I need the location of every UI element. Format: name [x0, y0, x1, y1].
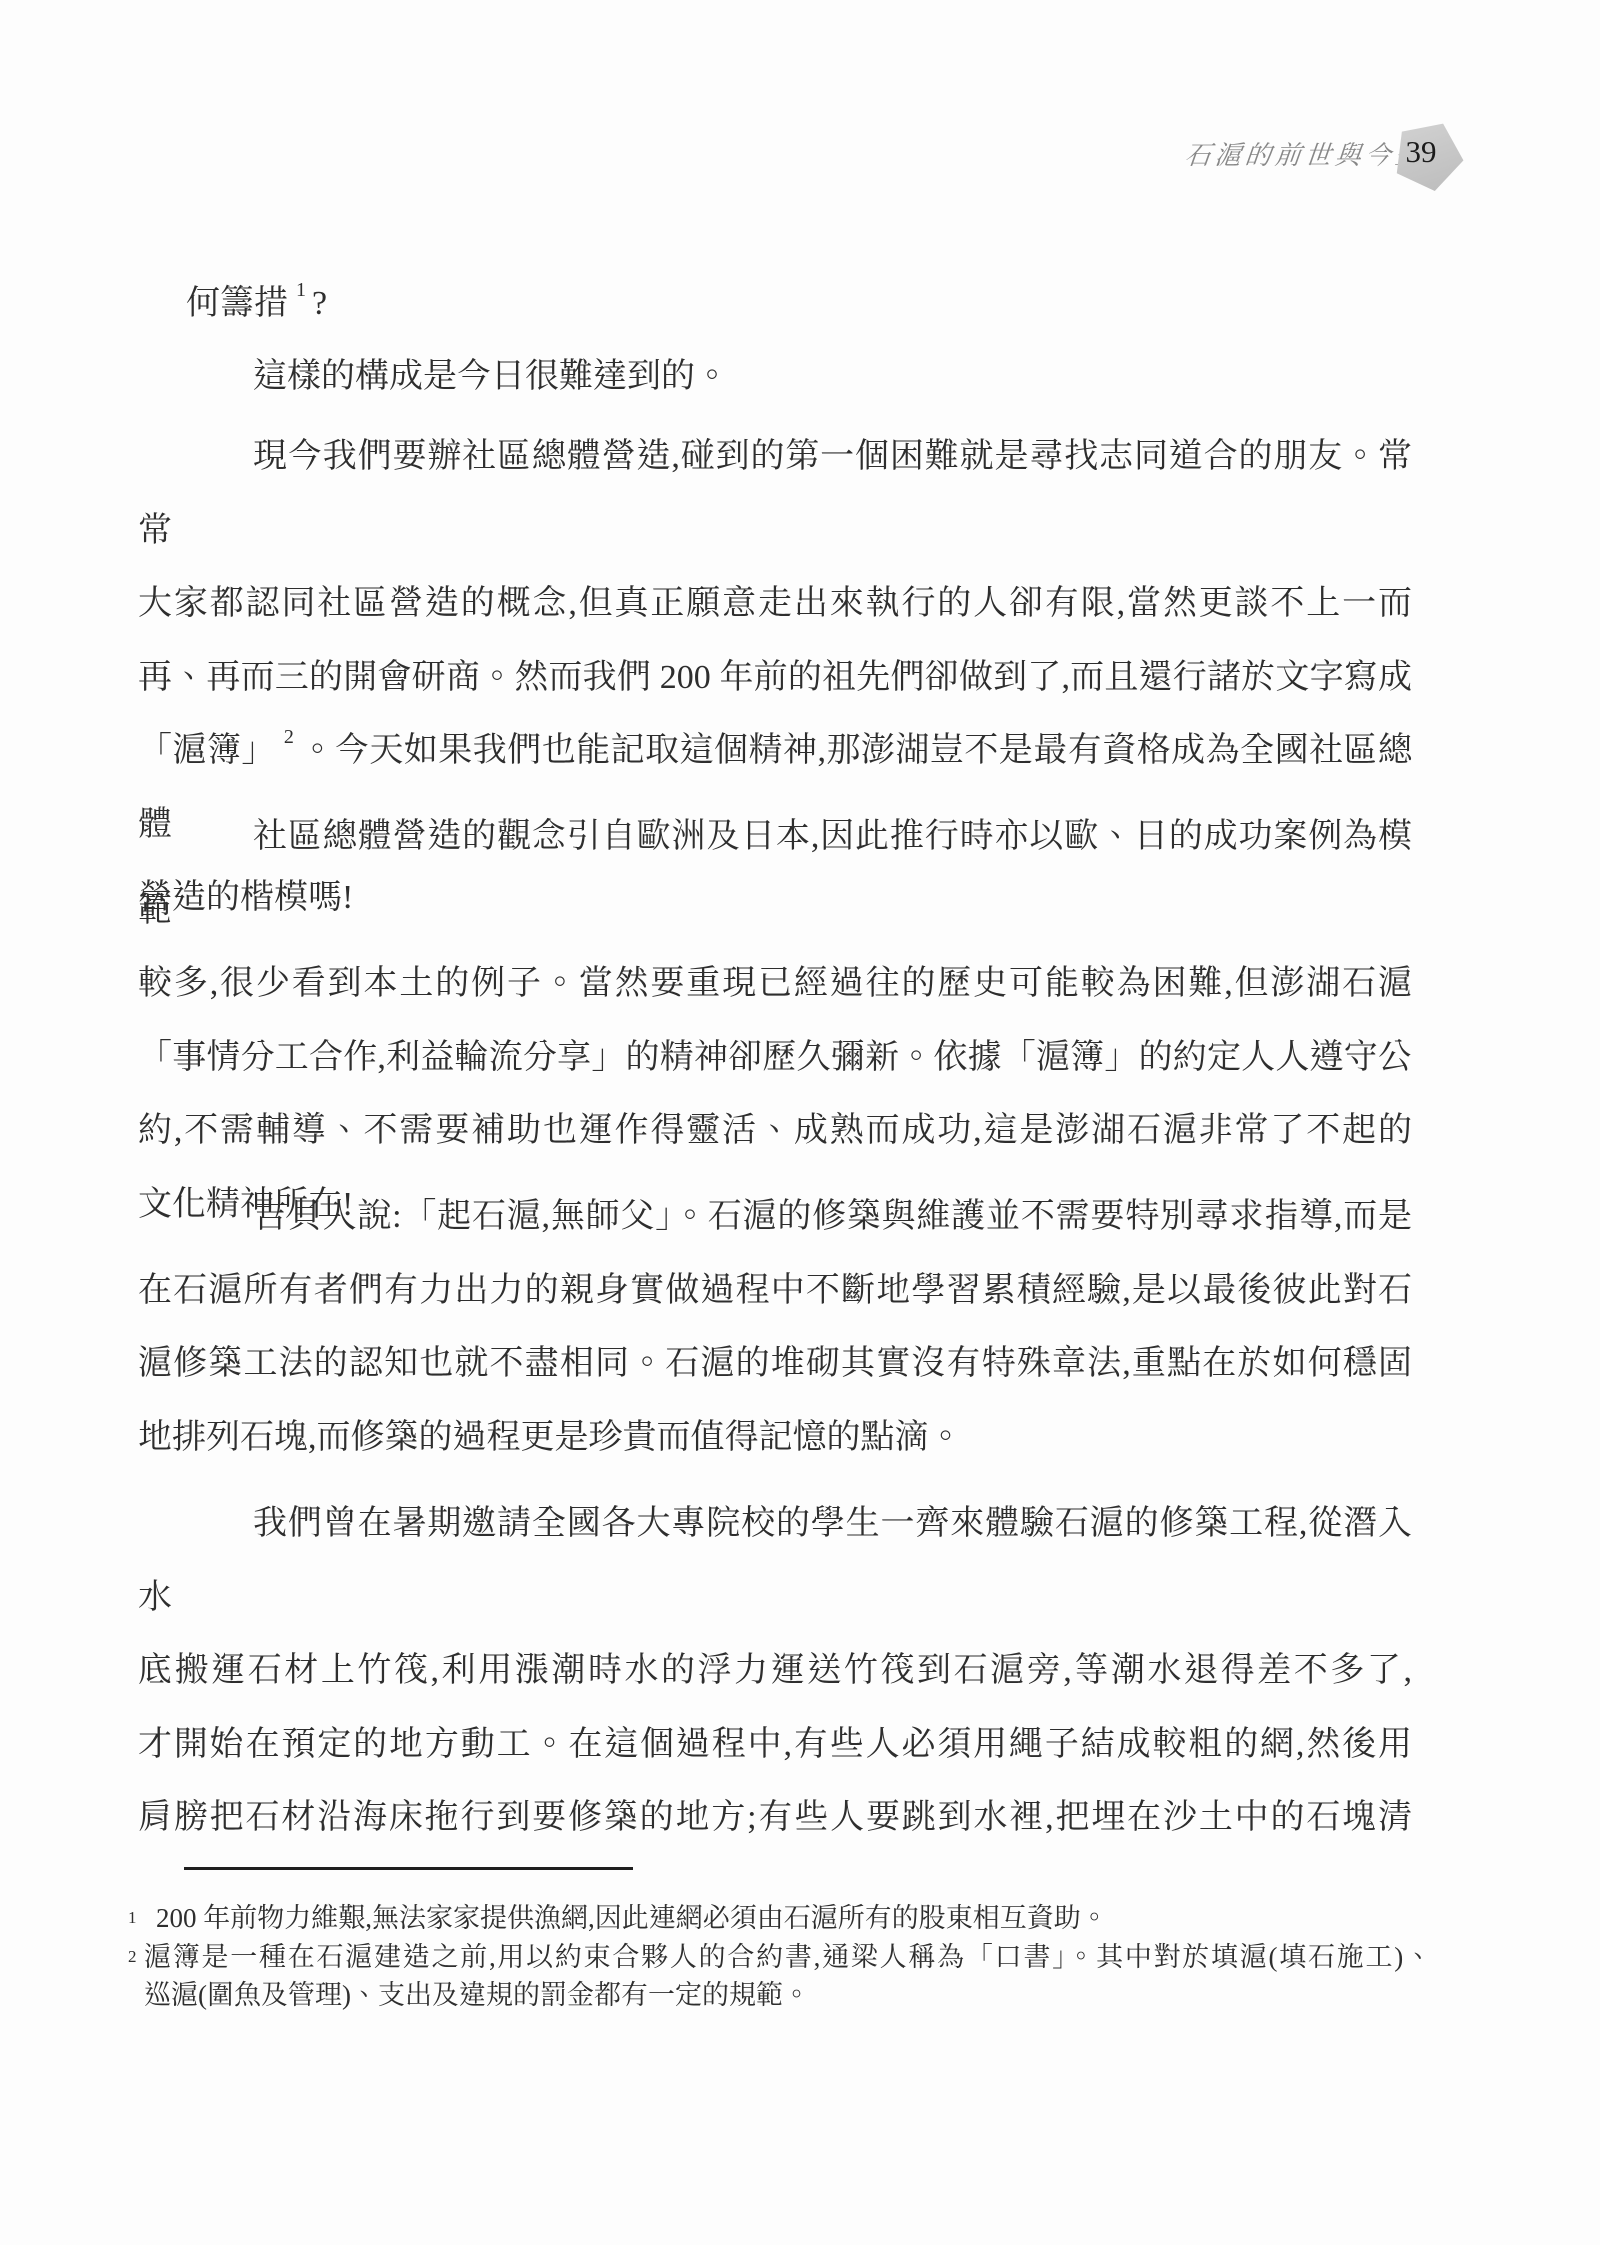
text-line: 這樣的構成是今日很難達到的。: [138, 340, 1412, 414]
text-line: 肩膀把石材沿海床拖行到要修築的地方;有些人要跳到水裡,把埋在沙土中的石塊清: [138, 1781, 1412, 1855]
footnote-body: 200 年前物力維艱,無法家家提供漁網,因此連網必須由石滬所有的股東相互資助。: [156, 1899, 1432, 1938]
text-line: 再、再而三的開會研商。然而我們 200 年前的祖先們卻做到了,而且還行諸於文字寫…: [138, 641, 1412, 715]
footnote-ref-2: 2: [276, 726, 300, 748]
line-text: 何籌措: [186, 285, 288, 322]
paragraph: 這樣的構成是今日很難達到的。: [138, 340, 1412, 414]
line-text: 「滬簿」: [138, 732, 276, 769]
footnotes: 1 200 年前物力維艱,無法家家提供漁網,因此連網必須由石滬所有的股東相互資助…: [128, 1899, 1432, 2015]
footnote-1: 1 200 年前物力維艱,無法家家提供漁網,因此連網必須由石滬所有的股東相互資助…: [128, 1899, 1432, 1938]
text-line: 底搬運石材上竹筏,利用漲潮時水的浮力運送竹筏到石滬旁,等潮水退得差不多了,: [138, 1634, 1412, 1708]
text-line: 現今我們要辦社區總體營造,碰到的第一個困難就是尋找志同道合的朋友。常常: [138, 420, 1412, 567]
text-line: 地排列石塊,而修築的過程更是珍貴而值得記憶的點滴。: [138, 1401, 1412, 1475]
paragraph: 我們曾在暑期邀請全國各大專院校的學生一齊來體驗石滬的修築工程,從潛入水 底搬運石…: [138, 1487, 1412, 1855]
footnote-2: 2 滬簿是一種在石滬建造之前,用以約束合夥人的合約書,通梁人稱為「口書」。其中對…: [128, 1938, 1432, 2015]
footnote-text-line: 200 年前物力維艱,無法家家提供漁網,因此連網必須由石滬所有的股東相互資助。: [156, 1899, 1432, 1938]
text-line: 才開始在預定的地方動工。在這個過程中,有些人必須用繩子結成較粗的網,然後用: [138, 1708, 1412, 1782]
page-number-badge: 39: [1390, 118, 1466, 194]
text-line: 滬修築工法的認知也就不盡相同。石滬的堆砌其實沒有特殊章法,重點在於如何穩固: [138, 1327, 1412, 1401]
text-line: 我們曾在暑期邀請全國各大專院校的學生一齊來體驗石滬的修築工程,從潛入水: [138, 1487, 1412, 1634]
text-line: 「事情分工合作,利益輪流分享」的精神卻歷久彌新。依據「滬簿」的約定人人遵守公: [138, 1021, 1412, 1095]
footnote-marker-2: 2: [128, 1938, 144, 1977]
page-number: 39: [1383, 114, 1459, 190]
paragraph: 何籌措1?: [138, 267, 1412, 341]
text-line: 社區總體營造的觀念引自歐洲及日本,因此推行時亦以歐、日的成功案例為模範: [138, 800, 1412, 947]
footnote-text-line: 滬簿是一種在石滬建造之前,用以約束合夥人的合約書,通梁人稱為「口書」。其中對於填…: [144, 1938, 1432, 1977]
paragraph: 社區總體營造的觀念引自歐洲及日本,因此推行時亦以歐、日的成功案例為模範 較多,很…: [138, 800, 1412, 1241]
text-line: 較多,很少看到本土的例子。當然要重現已經過往的歷史可能較為困難,但澎湖石滬: [138, 947, 1412, 1021]
footnote-text-line: 巡滬(圍魚及管理)、支出及違規的罰金都有一定的規範。: [144, 1976, 1432, 2015]
text-line: 約,不需輔導、不需要補助也運作得靈活、成熟而成功,這是澎湖石滬非常了不起的: [138, 1094, 1412, 1168]
footnote-body: 滬簿是一種在石滬建造之前,用以約束合夥人的合約書,通梁人稱為「口書」。其中對於填…: [144, 1938, 1432, 2015]
text-line: 吉貝人說:「起石滬,無師父」。石滬的修築與維護並不需要特別尋求指導,而是: [138, 1180, 1412, 1254]
text-line: 何籌措1?: [138, 267, 1412, 341]
book-page: 石滬的前世與今生 39 何籌措1? 這樣的構成是今日很難達到的。 現今我們要辦社…: [0, 0, 1600, 2245]
text-line: 大家都認同社區營造的概念,但真正願意走出來執行的人卻有限,當然更談不上一而: [138, 567, 1412, 641]
line-text: ?: [312, 285, 327, 322]
footnote-divider: [184, 1867, 633, 1870]
footnote-ref-1: 1: [288, 279, 312, 301]
footnote-marker-1: 1: [128, 1899, 156, 1938]
paragraph: 吉貝人說:「起石滬,無師父」。石滬的修築與維護並不需要特別尋求指導,而是 在石滬…: [138, 1180, 1412, 1474]
text-line: 在石滬所有者們有力出力的親身實做過程中不斷地學習累積經驗,是以最後彼此對石: [138, 1254, 1412, 1328]
running-title: 石滬的前世與今生: [1183, 140, 1366, 172]
